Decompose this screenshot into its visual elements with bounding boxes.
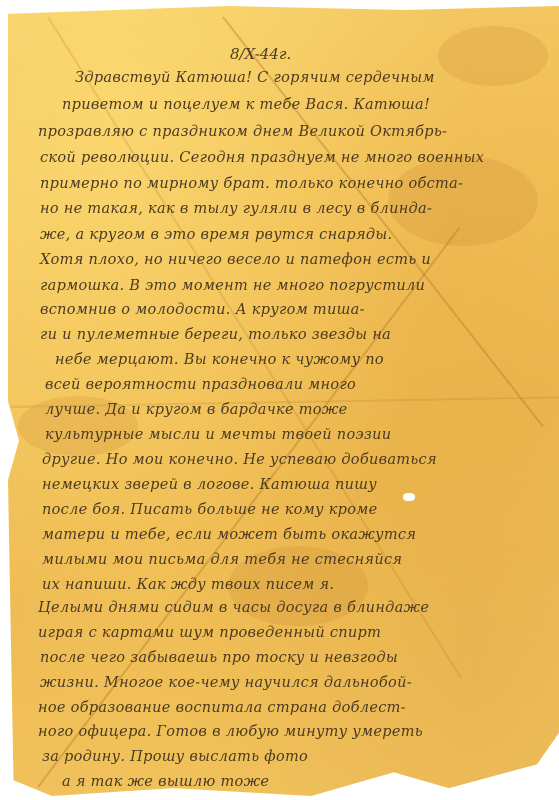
text-line: за родину. Прошу выслать фото <box>42 749 308 765</box>
letter-text: 8/X-44г. Здравствуй Катюша! С горячим се… <box>0 0 559 800</box>
text-line: другие. Но мои конечно. Не успеваю добив… <box>42 452 437 468</box>
text-line: а я так же вышлю тоже <box>62 774 269 790</box>
text-line: небе мерцают. Вы конечно к чужому по <box>55 352 384 368</box>
text-line: приветом и поцелуем к тебе Вася. Катюша! <box>62 97 430 113</box>
text-line: после боя. Писать больше не кому кроме <box>42 502 378 518</box>
text-line: ской революции. Сегодня празднуем не мно… <box>40 150 484 166</box>
text-line: ного офицера. Готов в любую минуту умере… <box>38 724 423 740</box>
text-line: лучше. Да и кругом в бардачке тоже <box>45 402 348 418</box>
text-line: примерно по мирному брат. только конечно… <box>40 176 463 192</box>
text-line: Здравствуй Катюша! С горячим сердечным <box>75 70 435 86</box>
text-line: культурные мысли и мечты твоей поэзии <box>45 427 391 443</box>
letter-date: 8/X-44г. <box>230 45 291 63</box>
text-line: всей вероятности праздновали много <box>45 377 356 393</box>
text-line: ное образование воспитала страна доблест… <box>38 700 406 716</box>
text-line: же, а кругом в это время рвутся снаряды. <box>40 227 392 243</box>
text-line: милыми мои письма для тебя не стесняйся <box>42 552 402 568</box>
text-line: играя с картами шум проведенный спирт <box>38 625 381 641</box>
text-line: немецких зверей в логове. Катюша пишу <box>42 477 377 493</box>
text-line: жизни. Многое кое-чему научился дальнобо… <box>40 675 412 691</box>
text-line: но не такая, как в тылу гуляли в лесу в … <box>40 201 432 217</box>
text-line: гармошка. В это момент не много погрусти… <box>40 278 425 294</box>
text-line: прозравляю с праздником днем Великой Окт… <box>38 124 447 140</box>
text-line: Хотя плохо, но ничего весело и патефон е… <box>40 252 431 268</box>
text-line: после чего забываешь про тоску и невзгод… <box>40 650 398 666</box>
text-line: вспомнив о молодости. А кругом тиша- <box>40 302 365 318</box>
text-line: ги и пулеметные береги, только звезды на <box>40 327 391 343</box>
text-line: их напиши. Как жду твоих писем я. <box>42 577 334 593</box>
text-line: Целыми днями сидим в часы досуга в блинд… <box>38 600 429 616</box>
text-line: матери и тебе, если может быть окажутся <box>42 527 416 543</box>
